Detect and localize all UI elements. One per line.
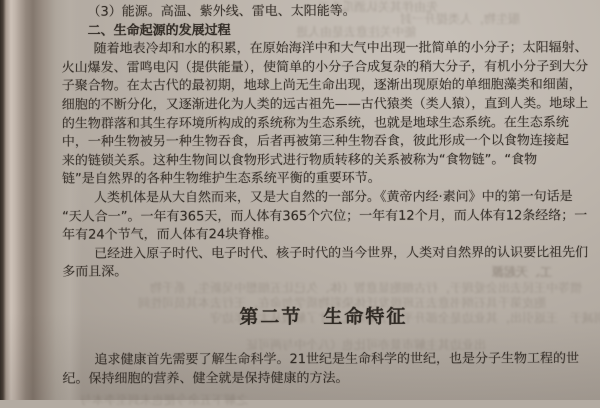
bleedthrough-text: 之解下五余今便也未到至李本与	[80, 391, 248, 400]
book-page-photo: 先由伴其关认酒瓜头工 服生物，人类提升一封 能中关注意去是由人进 工、天起源 惯…	[0, 0, 600, 400]
paragraph-life-science-line: 纪。保持细胞的营养、健全就是保持健康的方法。	[62, 369, 584, 389]
subsection-heading-life-origin: 二、生命起源的发展过程	[62, 21, 584, 41]
paragraph-origin-line: 的生物群落和其生存环境所构成的系统称为生态系统，也就是地球生态系统。在生态系统	[62, 114, 584, 134]
section-title-life-characteristics: 第二节 生命特征	[62, 303, 584, 330]
paragraph-human-nature-line: 年有24个节气，而人体有24块脊椎。	[62, 225, 584, 245]
paragraph-origin-line: 火山爆发、雷鸣电闪（提供能量），使简单的小分子合成复杂的稍大分子，有机小分子到大…	[62, 58, 584, 78]
page-text-block: （3）能源。高温、紫外线、雷电、太阳能等。 二、生命起源的发展过程 随着地表冷却…	[61, 2, 584, 388]
paragraph-modern-age-line: 多而且深。	[62, 263, 584, 283]
paragraph-human-nature-line: 人类机体是从大自然而来，又是大自然的一部分。《黄帝内经·素问》中的第一句话是	[62, 188, 584, 208]
paragraph-origin-line: 随着地表冷却和水的积累，在原始海洋中和大气中出现一批简单的小分子；太阳辐射、	[62, 40, 584, 60]
list-item-energy: （3）能源。高温、紫外线、雷电、太阳能等。	[61, 2, 583, 22]
paragraph-human-nature-line: “天人合一”。一年有365天，而人体有365个穴位；一年有12个月，而人体有12…	[62, 207, 584, 227]
paragraph-origin-line: 中，一种生物被另一种生物吞食，后者再被第三种生物吞食，彼此形成一个以食物连接起	[62, 132, 584, 152]
paragraph-origin-line: 细胞的不断分化，又逐渐进化为人类的远古祖先——古代猿类（类人猿），直到人类。地球…	[62, 95, 584, 115]
paragraph-origin-line: 子聚合物。在太古代的最初期，地球上尚无生命出现，逐渐出现原始的单细胞藻类和细菌，	[62, 77, 584, 97]
paragraph-modern-age-line: 已经进入原子时代、电子时代、核子时代的当今世界，人类对自然界的认识要比祖先们	[62, 244, 584, 264]
paragraph-origin-line: 来的链锁关系。这种生物间以食物形式进行物质转移的关系被称为“食物链”。“食物	[62, 151, 584, 171]
paragraph-life-science-line: 追求健康首先需要了解生命科学。21世纪是生命科学的世纪，也是分子生物工程的世	[62, 350, 584, 370]
paragraph-origin-line: 链”是自然界的各种生物维护生态系统平衡的重要环节。	[62, 170, 584, 190]
